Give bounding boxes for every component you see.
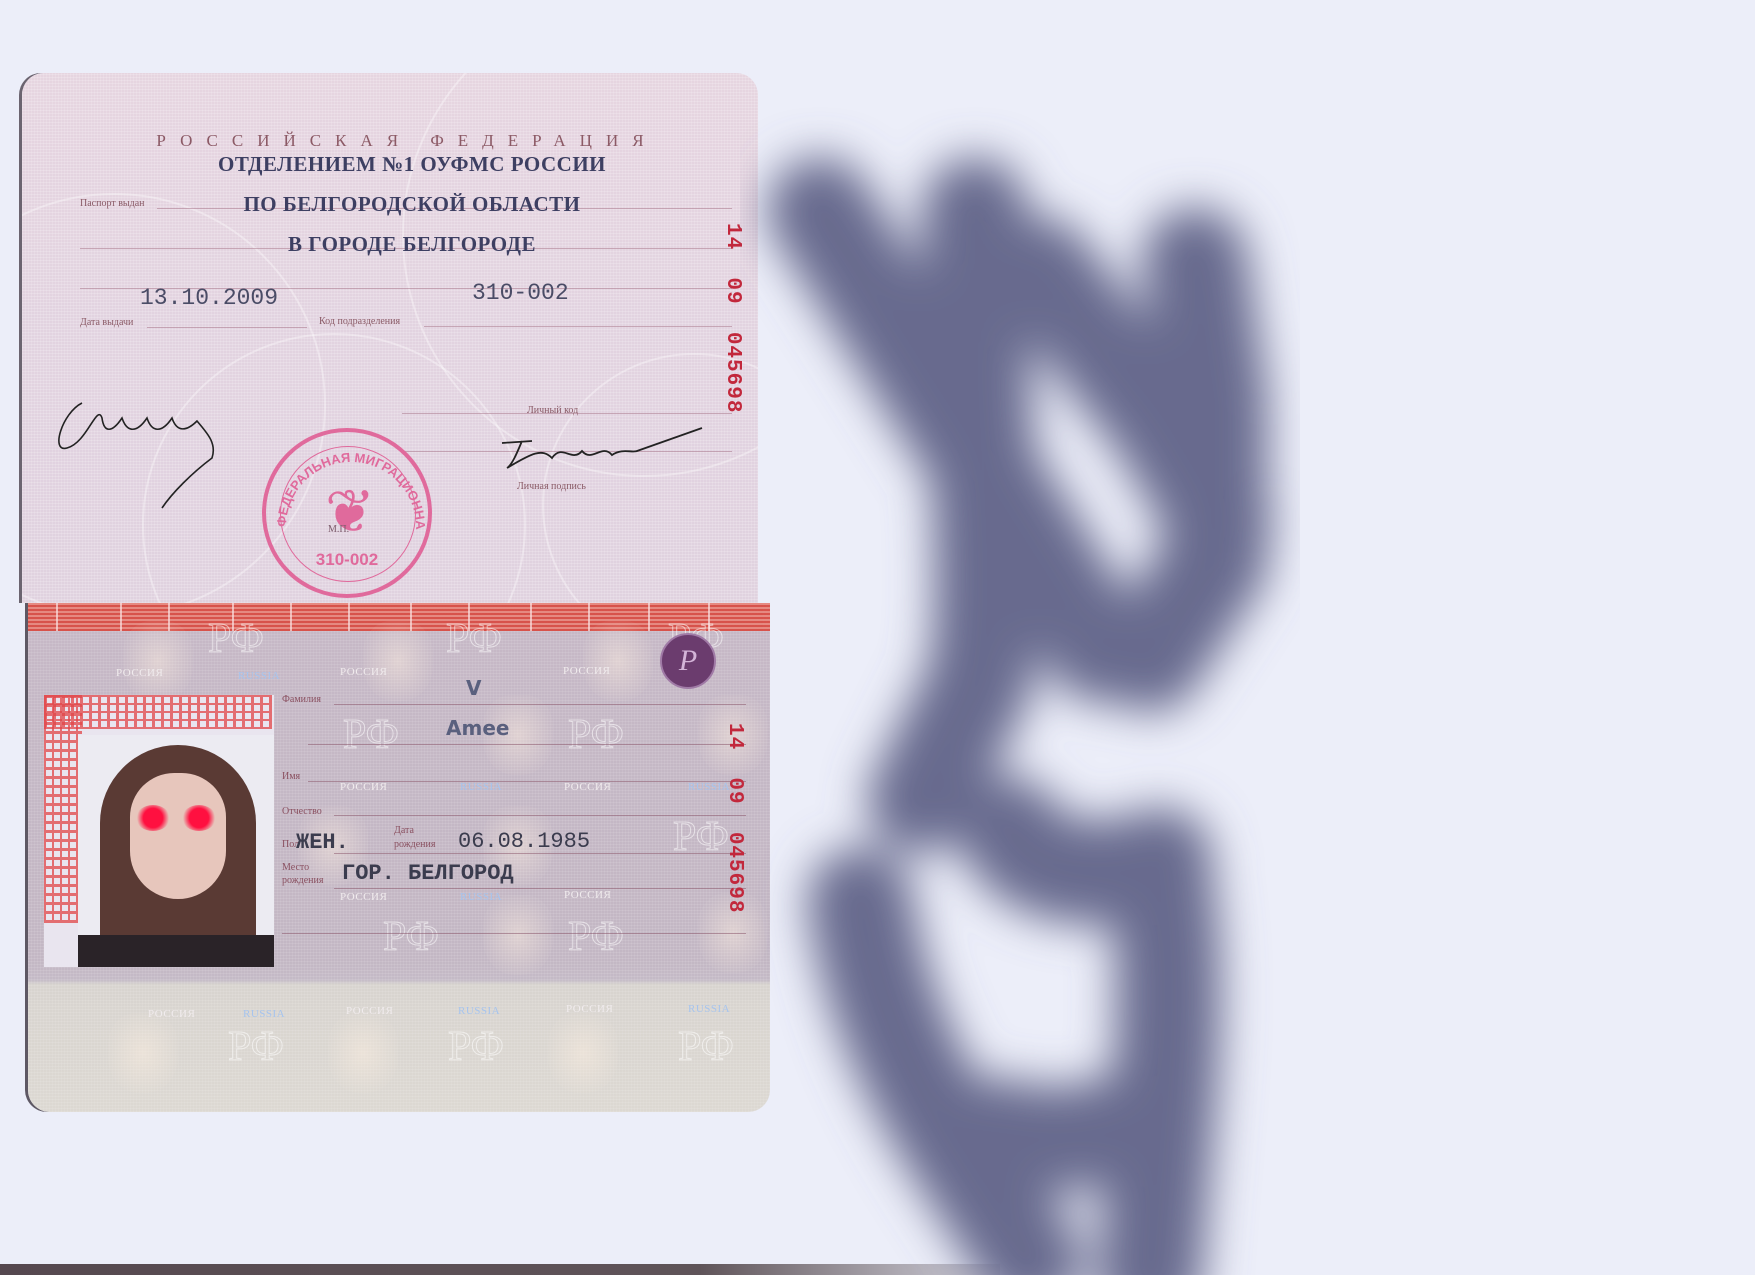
serial-number-bottom: 14 09 045698 bbox=[723, 723, 746, 913]
eagle-emblem-icon: ❦ bbox=[316, 472, 384, 552]
fms-stamp: ФЕДЕРАЛЬНАЯ МИГРАЦИОННАЯ СЛУЖБА ❦ М.П. 3… bbox=[262, 428, 432, 598]
issued-by-label: Паспорт выдан bbox=[80, 198, 145, 209]
holder-signature bbox=[492, 423, 712, 483]
rf-seal-icon: Р bbox=[660, 633, 716, 689]
sex-value: ЖЕН. bbox=[296, 830, 349, 855]
pob-label: рождения bbox=[282, 875, 324, 886]
personal-code-label: Личный код bbox=[527, 405, 578, 416]
redacted-eye-right bbox=[182, 805, 216, 831]
dob-value: 06.08.1985 bbox=[458, 829, 590, 854]
holder-photo-frame bbox=[44, 695, 274, 967]
surname-value: V bbox=[466, 676, 481, 700]
dob-label: рождения bbox=[394, 839, 436, 850]
name-value: Amee bbox=[446, 716, 509, 740]
passport-photo-page: РФ РФ РФ РФ РФ РФ РФ РФ РФ РФ РФ РОССИЯ … bbox=[28, 603, 770, 1112]
holder-photo bbox=[78, 735, 274, 967]
issuer-line-2: ПО БЕЛГОРОДСКОЙ ОБЛАСТИ bbox=[172, 192, 652, 217]
scanner-edge bbox=[0, 1264, 1000, 1275]
issue-date-label: Дата выдачи bbox=[80, 317, 133, 328]
division-code-label: Код подразделения bbox=[319, 316, 400, 327]
issuer-line-3: В ГОРОДЕ БЕЛГОРОДЕ bbox=[172, 232, 652, 257]
official-signature bbox=[42, 373, 262, 513]
stamp-code: 310-002 bbox=[266, 550, 428, 570]
redacted-eye-left bbox=[136, 805, 170, 831]
issue-date: 13.10.2009 bbox=[140, 285, 278, 311]
division-code: 310-002 bbox=[472, 280, 569, 306]
issuer-line-1: ОТДЕЛЕНИЕМ №1 ОУФМС РОССИИ bbox=[172, 152, 652, 177]
patronymic-label: Отчество bbox=[282, 806, 322, 817]
pob-value: ГОР. БЕЛГОРОД bbox=[342, 861, 514, 886]
passport-issue-page: РОССИЙСКАЯ ФЕДЕРАЦИЯ ОТДЕЛЕНИЕМ №1 ОУФМС… bbox=[22, 73, 758, 603]
surname-label: Фамилия bbox=[282, 694, 321, 705]
name-label: Имя bbox=[282, 771, 300, 782]
country-header: РОССИЙСКАЯ ФЕДЕРАЦИЯ bbox=[122, 131, 692, 151]
serial-number-top: 14 09 045698 bbox=[721, 223, 744, 413]
